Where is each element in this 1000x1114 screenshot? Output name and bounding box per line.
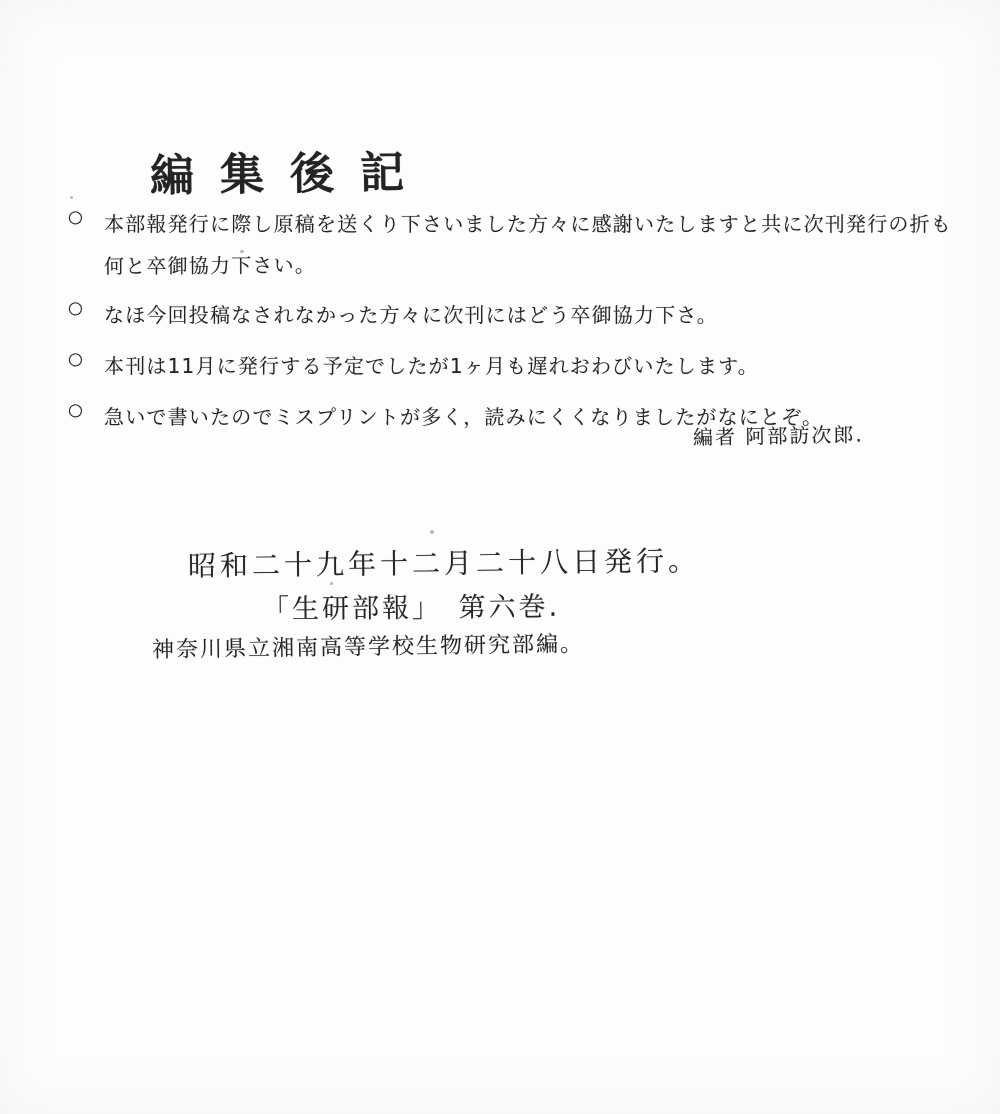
list-item: ○ なほ今回投稿なされなかった方々に次刊にはどう卒御協力下さ。 — [64, 295, 979, 335]
list-item: ○ 本部報発行に際し原稿を送くり下さいました方々に感謝いたしますと共に次刊発行の… — [64, 204, 979, 284]
bullet-circle-icon: ○ — [61, 342, 106, 380]
page-title: 編集後記 — [150, 136, 431, 204]
list-item-line: 何と卒御協力下さい。 — [104, 242, 979, 287]
bullet-circle-icon: ○ — [61, 200, 106, 238]
scan-speck — [70, 196, 73, 199]
list-item-text: なほ今回投稿なされなかった方々に次刊にはどう卒御協力下さ。 — [104, 295, 979, 335]
editor-signature: 編者 阿部訪次郎. — [693, 419, 864, 451]
list-item-text: 本刊は11月に発行する予定でしたが1ヶ月も遅れおわびいたします。 — [104, 346, 979, 386]
bullet-circle-icon: ○ — [61, 291, 106, 329]
colophon-journal-volume: 「生研部報」 第六巻. — [262, 585, 560, 627]
colophon-publisher: 神奈川県立湘南高等学校生物研究部編。 — [152, 627, 584, 664]
list-item: ○ 本刊は11月に発行する予定でしたが1ヶ月も遅れおわびいたします。 — [64, 346, 979, 386]
list-item-line: 本部報発行に際し原稿を送くり下さいました方々に感謝いたしますと共に次刊発行の折も — [104, 212, 952, 236]
bullet-list: ○ 本部報発行に際し原稿を送くり下さいました方々に感謝いたしますと共に次刊発行の… — [64, 204, 979, 448]
scanned-document-page: 編集後記 ○ 本部報発行に際し原稿を送くり下さいました方々に感謝いたしますと共に… — [0, 0, 1000, 1114]
list-item-text: 本部報発行に際し原稿を送くり下さいました方々に感謝いたしますと共に次刊発行の折も… — [104, 204, 979, 284]
colophon-publication-date: 昭和二十九年十二月二十八日発行。 — [188, 539, 700, 584]
list-item-line: なほ今回投稿なされなかった方々に次刊にはどう卒御協力下さ。 — [104, 303, 718, 327]
list-item-line: 本刊は11月に発行する予定でしたが1ヶ月も遅れおわびいたします。 — [104, 354, 759, 378]
scan-speck — [430, 530, 434, 534]
bullet-circle-icon: ○ — [61, 393, 106, 431]
